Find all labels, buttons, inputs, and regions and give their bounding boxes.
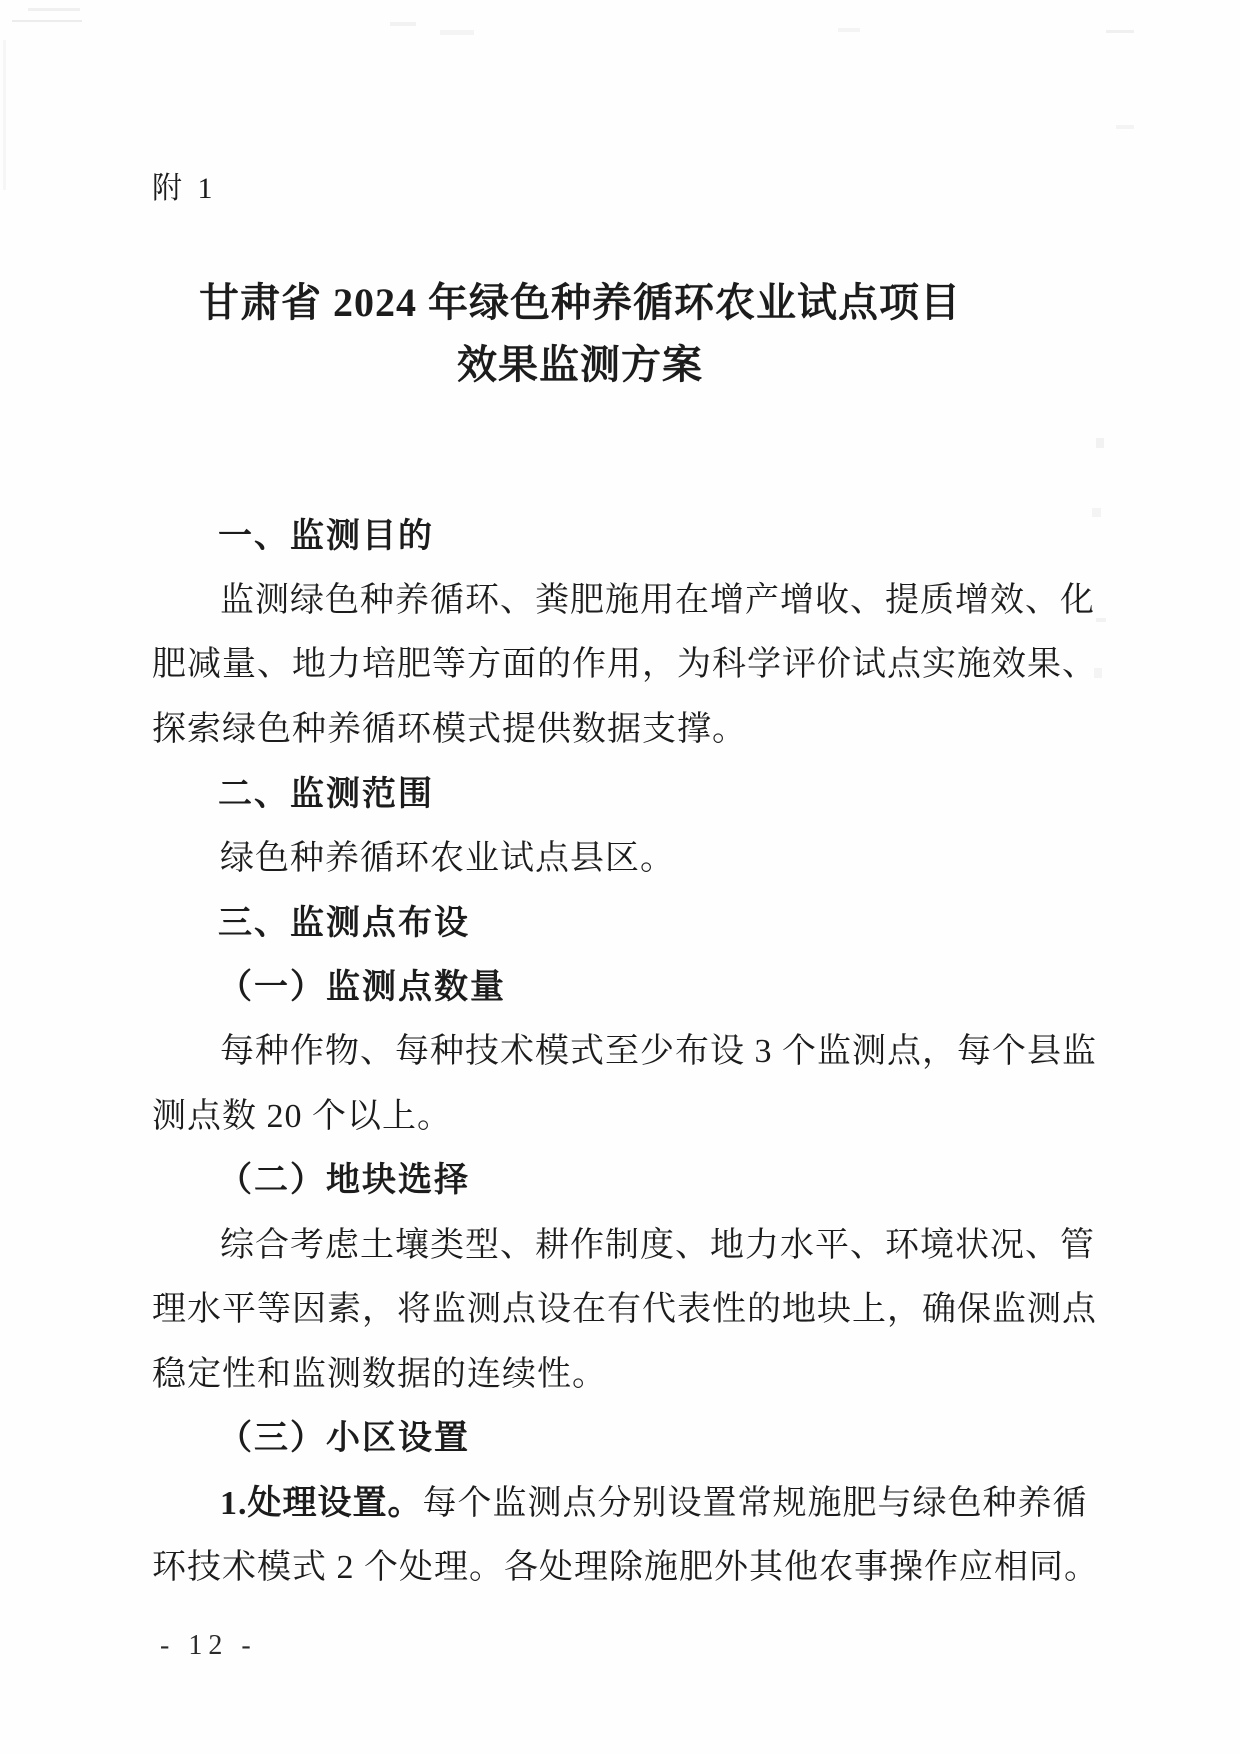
text-segment: 绿色种养循环农业试点县区。: [220, 840, 675, 877]
text-segment: 稳定性和监测数据的连续性。: [152, 1356, 607, 1393]
scan-artifact: [440, 30, 474, 35]
text-segment: 监测绿色种养循环、粪肥施用在增产增收、提质增效、化: [220, 582, 1095, 619]
scan-artifact: [390, 22, 416, 26]
text-line: 测点数 20 个以上。: [152, 1085, 1104, 1150]
subsection-heading: （三）小区设置: [152, 1407, 1104, 1472]
text-segment: 肥减量、地力培肥等方面的作用，为科学评价试点实施效果、: [152, 646, 1097, 683]
text-segment: 每种作物、每种技术模式至少布设 3 个监测点，每个县监: [220, 1033, 1097, 1070]
subsection-heading: （二）地块选择: [152, 1149, 1104, 1214]
text-line: 理水平等因素，将监测点设在有代表性的地块上，确保监测点: [152, 1278, 1104, 1343]
document-page: 附 1 甘肃省 2024 年绿色种养循环农业试点项目 效果监测方案 一、监测目的…: [0, 0, 1240, 1754]
scan-artifact: [838, 28, 860, 32]
text-line: 肥减量、地力培肥等方面的作用，为科学评价试点实施效果、: [152, 633, 1104, 698]
text-segment: 综合考虑土壤类型、耕作制度、地力水平、环境状况、管: [220, 1227, 1095, 1264]
document-title-line2: 效果监测方案: [140, 334, 1020, 396]
text-line: 绿色种养循环农业试点县区。: [152, 827, 1104, 892]
document-body: 一、监测目的监测绿色种养循环、粪肥施用在增产增收、提质增效、化肥减量、地力培肥等…: [152, 504, 1104, 1601]
text-line: 监测绿色种养循环、粪肥施用在增产增收、提质增效、化: [152, 569, 1104, 634]
scan-artifact: [28, 8, 80, 11]
text-line: 综合考虑土壤类型、耕作制度、地力水平、环境状况、管: [152, 1214, 1104, 1279]
section-heading: 三、监测点布设: [152, 891, 1104, 956]
text-segment: 测点数 20 个以上。: [152, 1098, 452, 1135]
document-title-line1: 甘肃省 2024 年绿色种养循环农业试点项目: [140, 272, 1020, 334]
scan-artifact: [1106, 30, 1134, 33]
text-segment: 1.处理设置。: [220, 1485, 423, 1522]
section-heading: 二、监测范围: [152, 762, 1104, 827]
text-line: 每种作物、每种技术模式至少布设 3 个监测点，每个县监: [152, 1020, 1104, 1085]
text-segment: 探索绿色种养循环模式提供数据支撑。: [152, 711, 747, 748]
document-title: 甘肃省 2024 年绿色种养循环农业试点项目 效果监测方案: [140, 272, 1020, 396]
scan-artifact: [12, 20, 82, 22]
text-line: 1.处理设置。每个监测点分别设置常规施肥与绿色种养循: [152, 1472, 1104, 1537]
text-segment: 理水平等因素，将监测点设在有代表性的地块上，确保监测点: [152, 1291, 1097, 1328]
scan-artifact: [3, 40, 6, 190]
text-segment: 每个监测点分别设置常规施肥与绿色种养循: [423, 1485, 1088, 1522]
text-segment: 环技术模式 2 个处理。各处理除施肥外其他农事操作应相同。: [152, 1549, 1099, 1586]
subsection-heading: （一）监测点数量: [152, 956, 1104, 1021]
text-line: 稳定性和监测数据的连续性。: [152, 1343, 1104, 1408]
page-number: - 12 -: [160, 1630, 257, 1662]
scan-artifact: [1096, 438, 1104, 448]
text-line: 环技术模式 2 个处理。各处理除施肥外其他农事操作应相同。: [152, 1536, 1104, 1601]
section-heading: 一、监测目的: [152, 504, 1104, 569]
attachment-label: 附 1: [152, 163, 217, 207]
text-line: 探索绿色种养循环模式提供数据支撑。: [152, 698, 1104, 763]
scan-artifact: [1116, 125, 1134, 129]
